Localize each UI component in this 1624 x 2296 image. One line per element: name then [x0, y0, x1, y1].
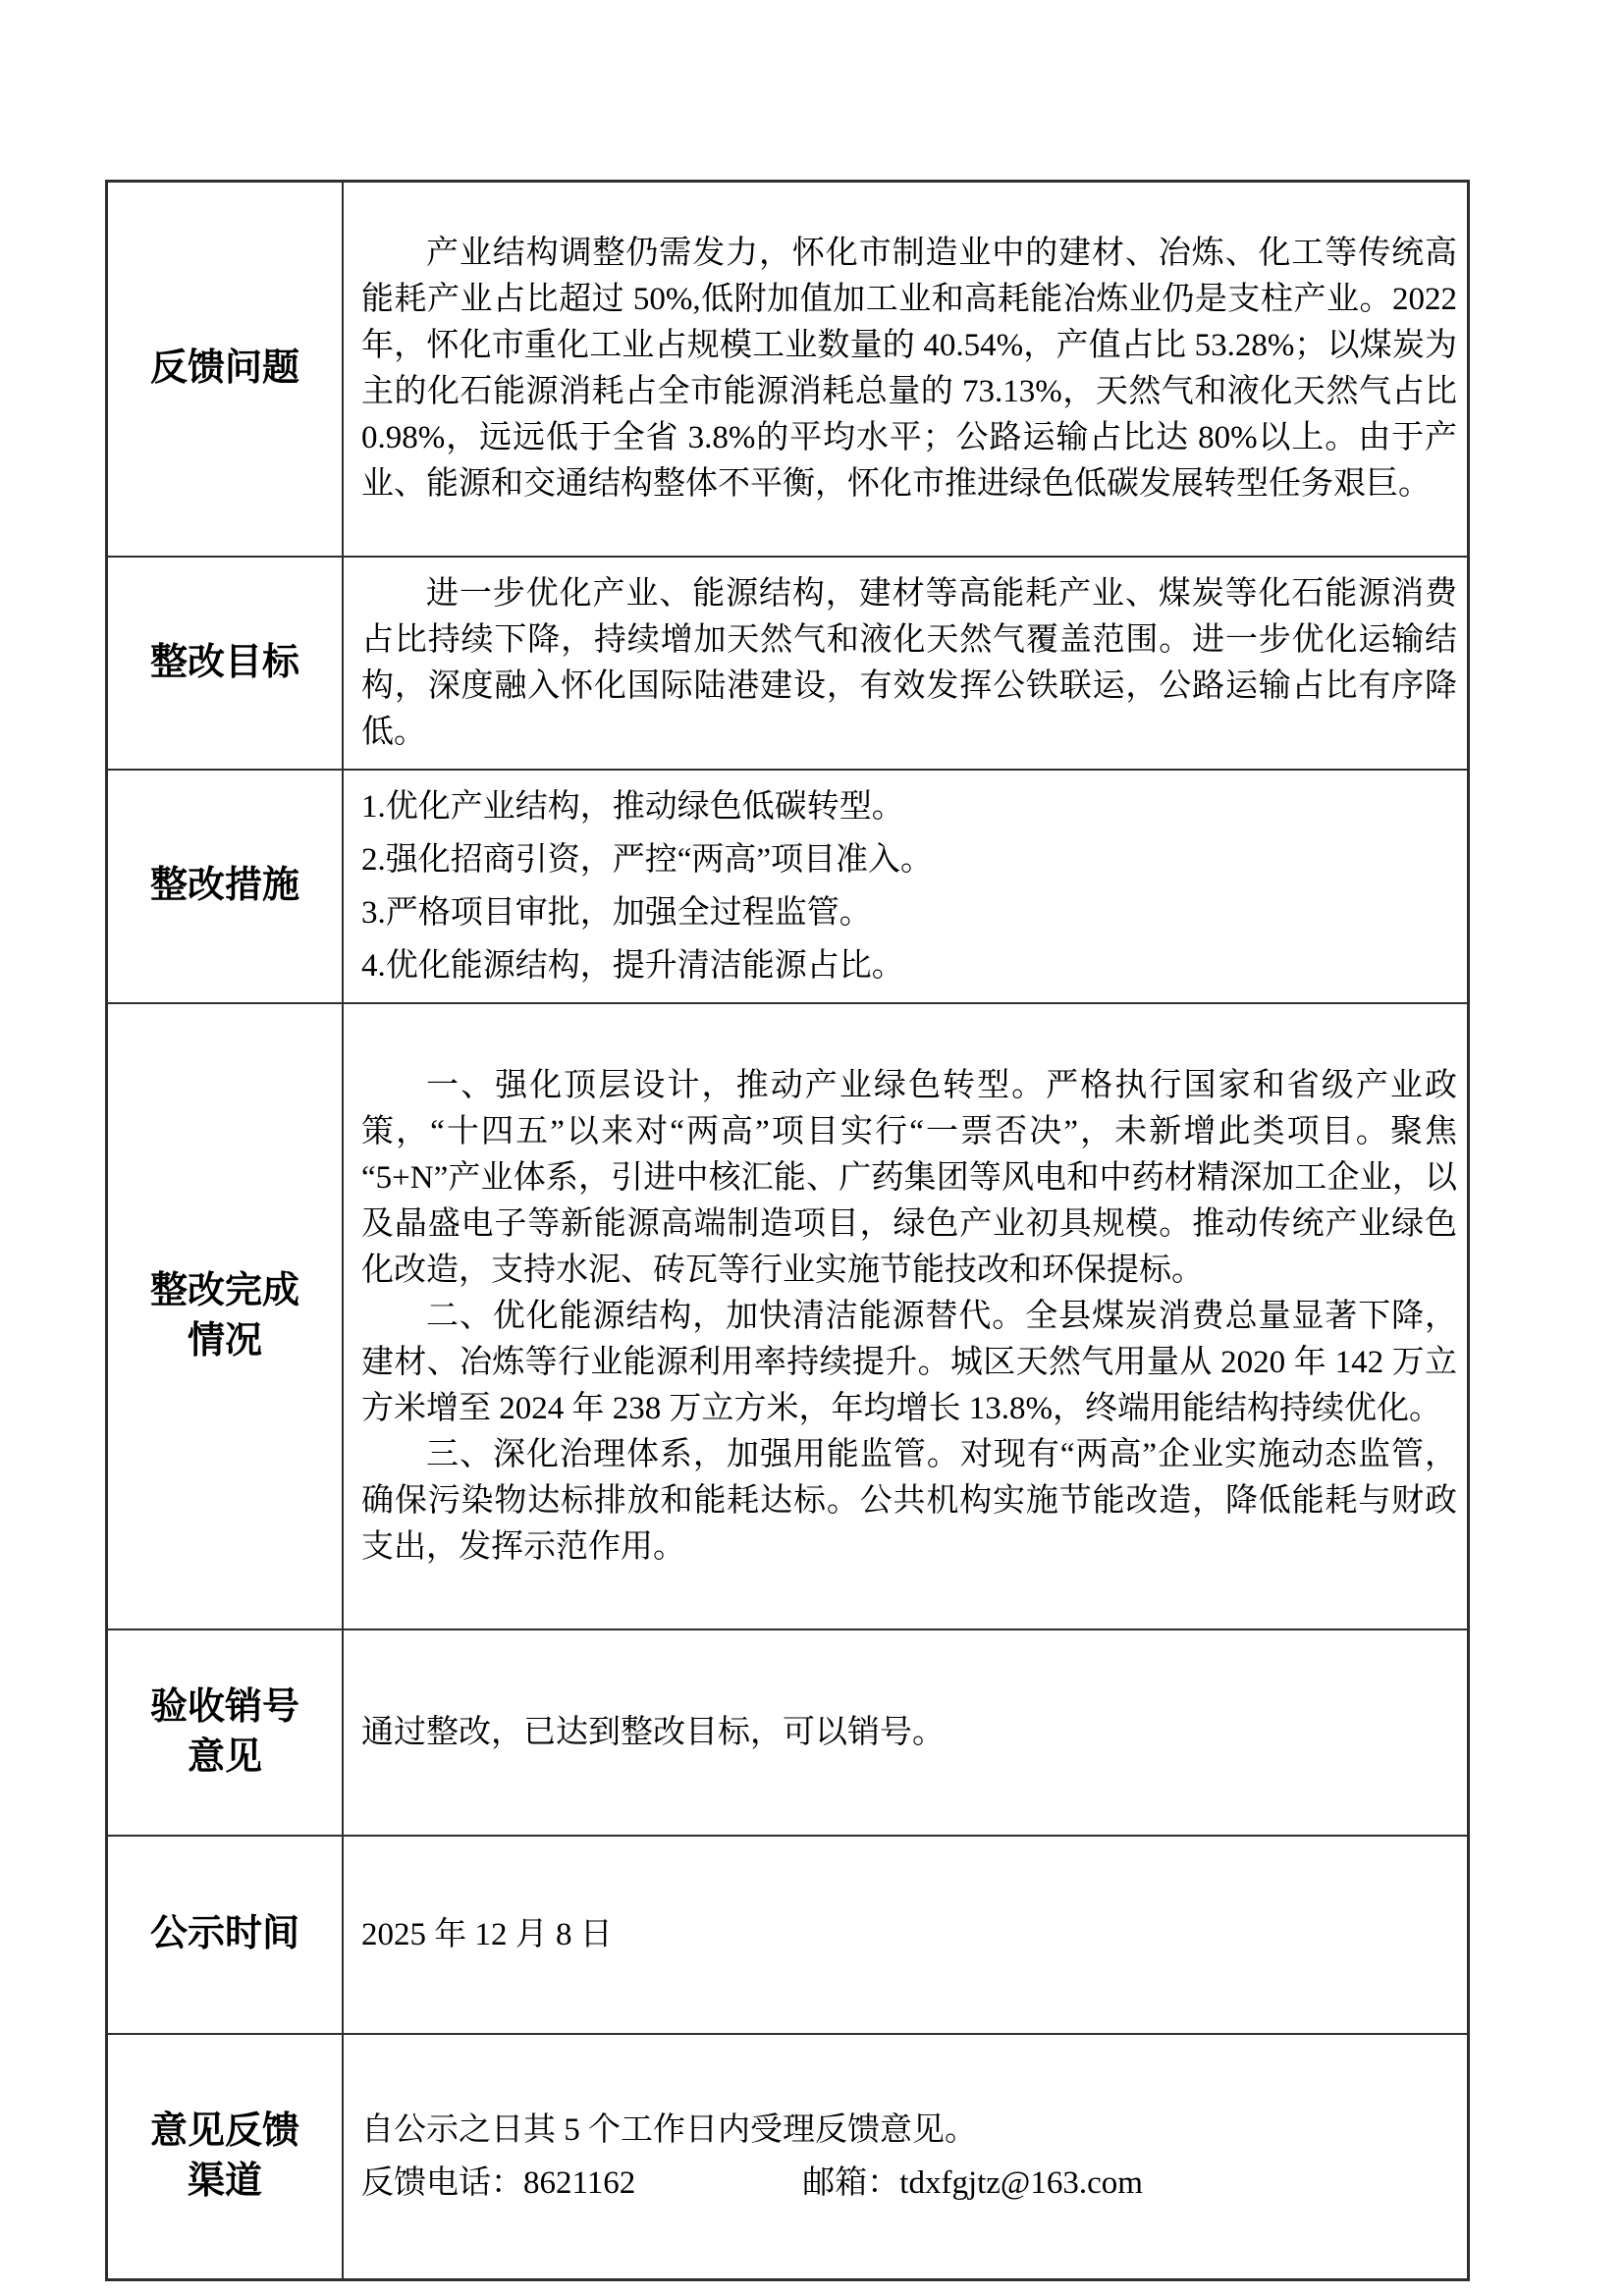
rectification-table: 反馈问题 产业结构调整仍需发力，怀化市制造业中的建材、冶炼、化工等传统高能耗产业… — [105, 180, 1470, 2281]
row-label-publicity-date: 公示时间 — [108, 1837, 344, 2033]
paragraph: 二、优化能源结构，加快清洁能源替代。全县煤炭消费总量显著下降，建材、冶炼等行业能… — [361, 1294, 1457, 1432]
feedback-email: 邮箱：tdxfgjtz@163.com — [802, 2157, 1143, 2210]
paragraph: 通过整改，已达到整改目标，可以销号。 — [361, 1710, 1457, 1756]
row-content-rectification-target: 进一步优化产业、能源结构，建材等高能耗产业、煤炭等化石能源消费占比持续下降，持续… — [344, 558, 1467, 769]
publicity-date: 2025 年 12 月 8 日 — [361, 1912, 1457, 1958]
table-row-feedback-channel: 意见反馈 渠道 自公示之日其 5 个工作日内受理反馈意见。 反馈电话：86211… — [108, 2035, 1467, 2278]
document-page: 反馈问题 产业结构调整仍需发力，怀化市制造业中的建材、冶炼、化工等传统高能耗产业… — [0, 0, 1624, 2296]
row-label-feedback-issue: 反馈问题 — [108, 183, 344, 556]
feedback-phone: 反馈电话：8621162 — [361, 2157, 635, 2210]
table-row-rectification-measures: 整改措施 1.优化产业结构，推动绿色低碳转型。 2.强化招商引资，严控“两高”项… — [108, 771, 1467, 1004]
row-content-publicity-date: 2025 年 12 月 8 日 — [344, 1837, 1467, 2033]
paragraph: 产业结构调整仍需发力，怀化市制造业中的建材、冶炼、化工等传统高能耗产业占比超过 … — [361, 231, 1457, 507]
measure-item: 1.优化产业结构，推动绿色低碳转型。 — [361, 780, 1457, 833]
table-row-completion-status: 整改完成 情况 一、强化顶层设计，推动产业绿色转型。严格执行国家和省级产业政策，… — [108, 1004, 1467, 1630]
contact-line: 反馈电话：8621162 邮箱：tdxfgjtz@163.com — [361, 2157, 1457, 2210]
row-content-rectification-measures: 1.优化产业结构，推动绿色低碳转型。 2.强化招商引资，严控“两高”项目准入。 … — [344, 771, 1467, 1002]
table-row-acceptance-opinion: 验收销号 意见 通过整改，已达到整改目标，可以销号。 — [108, 1630, 1467, 1837]
row-label-rectification-measures: 整改措施 — [108, 771, 344, 1002]
measure-item: 4.优化能源结构，提升清洁能源占比。 — [361, 939, 1457, 992]
row-content-completion-status: 一、强化顶层设计，推动产业绿色转型。严格执行国家和省级产业政策，“十四五”以来对… — [344, 1004, 1467, 1629]
table-row-rectification-target: 整改目标 进一步优化产业、能源结构，建材等高能耗产业、煤炭等化石能源消费占比持续… — [108, 558, 1467, 771]
row-label-feedback-channel: 意见反馈 渠道 — [108, 2035, 344, 2278]
paragraph: 自公示之日其 5 个工作日内受理反馈意见。 — [361, 2104, 1457, 2157]
row-label-completion-status: 整改完成 情况 — [108, 1004, 344, 1629]
table-row-publicity-date: 公示时间 2025 年 12 月 8 日 — [108, 1837, 1467, 2035]
row-content-feedback-issue: 产业结构调整仍需发力，怀化市制造业中的建材、冶炼、化工等传统高能耗产业占比超过 … — [344, 183, 1467, 556]
measure-item: 2.强化招商引资，严控“两高”项目准入。 — [361, 833, 1457, 886]
measure-item: 3.严格项目审批，加强全过程监管。 — [361, 886, 1457, 939]
row-label-rectification-target: 整改目标 — [108, 558, 344, 769]
paragraph: 三、深化治理体系，加强用能监管。对现有“两高”企业实施动态监管，确保污染物达标排… — [361, 1432, 1457, 1571]
row-content-feedback-channel: 自公示之日其 5 个工作日内受理反馈意见。 反馈电话：8621162 邮箱：td… — [344, 2035, 1467, 2278]
paragraph: 一、强化顶层设计，推动产业绿色转型。严格执行国家和省级产业政策，“十四五”以来对… — [361, 1063, 1457, 1294]
table-row-feedback-issue: 反馈问题 产业结构调整仍需发力，怀化市制造业中的建材、冶炼、化工等传统高能耗产业… — [108, 183, 1467, 558]
row-content-acceptance-opinion: 通过整改，已达到整改目标，可以销号。 — [344, 1630, 1467, 1835]
paragraph: 进一步优化产业、能源结构，建材等高能耗产业、煤炭等化石能源消费占比持续下降，持续… — [361, 571, 1457, 756]
row-label-acceptance-opinion: 验收销号 意见 — [108, 1630, 344, 1835]
